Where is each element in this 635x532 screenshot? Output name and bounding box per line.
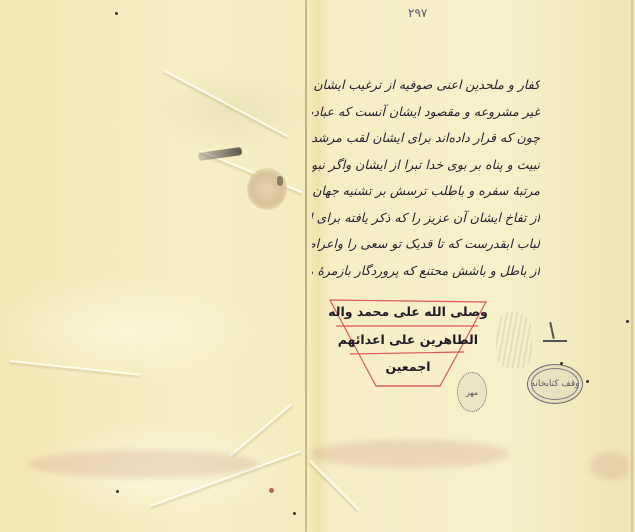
colophon-line: الطاهرین علی اعدائهم xyxy=(338,332,478,347)
text-line: نبیث و پناه بر بوی خدا تبرا از ایشان واگ… xyxy=(312,152,540,179)
colophon-line: وصلی الله علی محمد واله xyxy=(328,304,488,319)
colophon-line: اجمعین xyxy=(358,359,458,374)
marker-stroke xyxy=(549,322,554,339)
ink-speck xyxy=(560,362,563,365)
folio-number: ٢٩٧ xyxy=(408,6,427,20)
text-line: غیر مشروعه و مقصود ایشان آنست که عبادت ن… xyxy=(312,99,540,126)
page-edge xyxy=(631,0,633,532)
book-gutter xyxy=(305,0,307,532)
ink-speck xyxy=(586,380,589,383)
ink-speck xyxy=(293,512,296,515)
text-line: مرتبهٔ سفره و باطلب ترسش بر تشنیه جهان م… xyxy=(312,178,540,205)
ink-speck xyxy=(626,320,629,323)
text-line: از باطل و باشش محتنع که پروردگار بازمرهٔ… xyxy=(312,258,540,285)
paper-stain xyxy=(247,168,287,210)
oval-seal-small: مهر xyxy=(457,372,487,412)
text-line: چون که قرار داده‌اند برای ایشان لقب مرشد… xyxy=(312,125,540,152)
text-line: لباب ابقدرست که تا قدیک تو سعی را واعراض… xyxy=(312,231,540,258)
marginal-marker xyxy=(543,322,571,342)
ink-speck xyxy=(116,490,119,493)
seal-text: وقف کتابخانه xyxy=(531,379,580,389)
water-stain xyxy=(28,450,258,478)
oval-seal-large: وقف کتابخانه xyxy=(527,364,583,404)
marker-underline xyxy=(543,340,567,342)
manuscript-text-block: کفار و ملحدین اعنی صوفیه از ترغیب ایشان … xyxy=(312,72,540,284)
manuscript-spread: ٢٩٧ کفار و ملحدین اعنی صوفیه از ترغیب ای… xyxy=(0,0,635,532)
text-line: کفار و ملحدین اعنی صوفیه از ترغیب ایشان … xyxy=(312,72,540,99)
water-stain xyxy=(590,452,630,480)
text-line: از تفاخ ایشان آن عزیز را که ذکر یافته بر… xyxy=(312,205,540,232)
faint-seal-impression xyxy=(496,312,532,368)
seal-text: مهر xyxy=(466,388,478,397)
red-speck xyxy=(269,488,274,493)
water-stain xyxy=(310,440,510,468)
ink-speck xyxy=(115,12,118,15)
